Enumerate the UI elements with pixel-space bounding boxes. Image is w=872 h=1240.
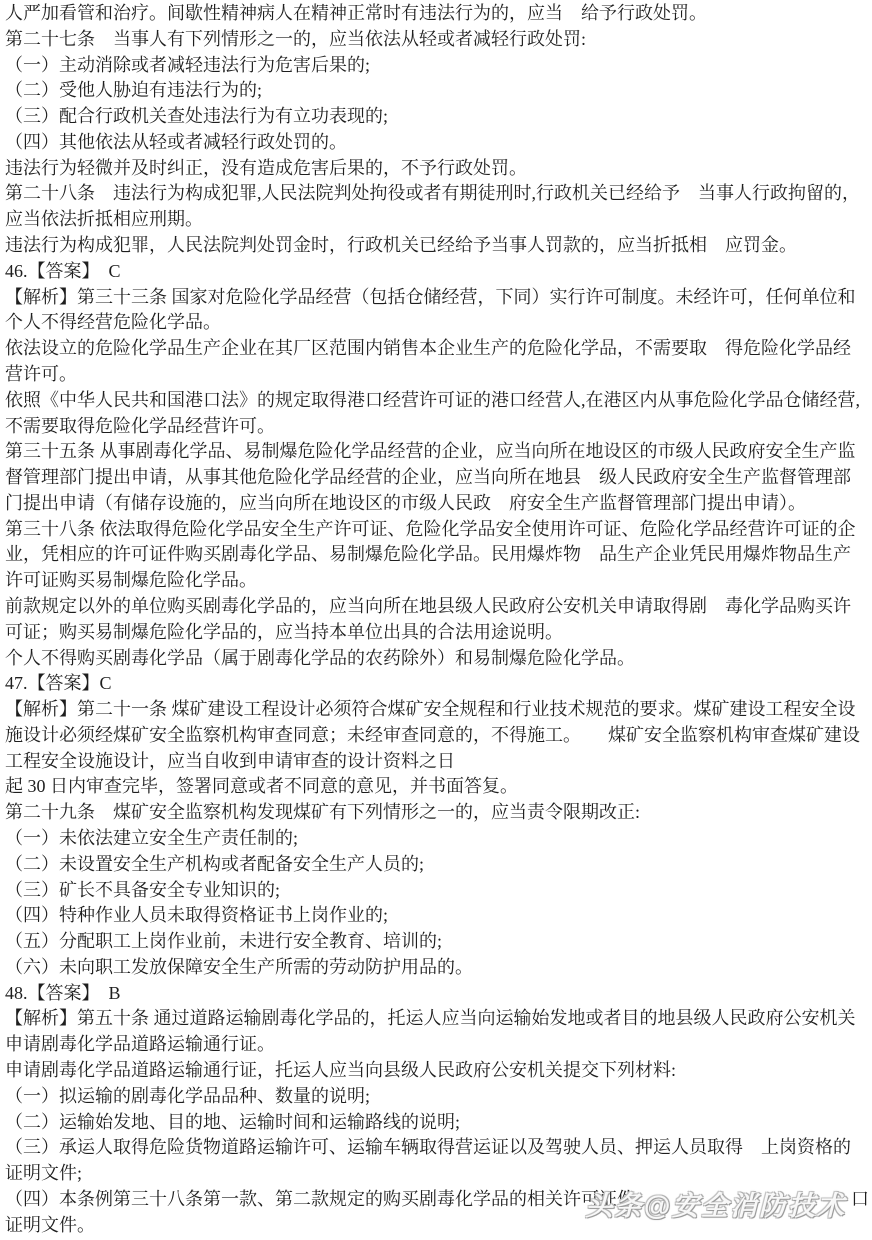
text-line: 施设计必须经煤矿安全监察机构审查同意；未经审查同意的，不得施工。 煤矿安全监察机… (5, 723, 869, 749)
text-line: 督管理部门提出申请，从事其他危险化学品经营的企业，应当向所在地县 级人民政府安全… (5, 465, 869, 491)
text-line: （四）其他依法从轻或者减轻行政处罚的。 (5, 130, 869, 156)
text-line: 营许可。 (5, 362, 869, 388)
text-line: （五）分配职工上岗作业前，未进行安全教育、培训的; (5, 929, 869, 955)
text-line: （三）矿长不具备安全专业知识的; (5, 878, 869, 904)
text-line: 不需要取得危险化学品经营许可。 (5, 414, 869, 440)
text-line: （六）未向职工发放保障安全生产所需的劳动防护用品的。 (5, 955, 869, 981)
text-line: 违法行为轻微并及时纠正，没有造成危害后果的，不予行政处罚。 (5, 156, 869, 182)
text-line: 依照《中华人民共和国港口法》的规定取得港口经营许可证的港口经营人,在港区内从事危… (5, 388, 869, 414)
text-line: 可证；购买易制爆危险化学品的，应当持本单位出具的合法用途说明。 (5, 620, 869, 646)
text-line: （三）承运人取得危险货物道路运输许可、运输车辆取得营运证以及驾驶人员、押运人员取… (5, 1135, 869, 1161)
text-line: 第二十九条 煤矿安全监察机构发现煤矿有下列情形之一的，应当责令限期改正: (5, 800, 869, 826)
text-line: （一）拟运输的剧毒化学品品种、数量的说明; (5, 1084, 869, 1110)
watermark: 头条@安全消防技术 (586, 1184, 846, 1223)
text-line: 违法行为构成犯罪，人民法院判处罚金时，行政机关已经给予当事人罚款的，应当折抵相 … (5, 233, 869, 259)
text-line-suffix: 口 (851, 1187, 869, 1213)
text-line: 48.【答案】 B (5, 981, 869, 1007)
text-line: 前款规定以外的单位购买剧毒化学品的，应当向所在地县级人民政府公安机关申请取得剧 … (5, 594, 869, 620)
text-line: 【解析】第五十条 通过道路运输剧毒化学品的，托运人应当向运输始发地或者目的地县级… (5, 1006, 869, 1032)
text-line-prefix: （四）本条例第三十八条第一款、第二款规定的购买剧毒化学品的相关许可证件， (5, 1187, 653, 1213)
text-line: （一）主动消除或者减轻违法行为危害后果的; (5, 53, 869, 79)
text-line: 门提出申请（有储存设施的，应当向所在地设区的市级人民政 府安全生产监督管理部门提… (5, 491, 869, 517)
text-line: 第三十五条 从事剧毒化学品、易制爆危险化学品经营的企业，应当向所在地设区的市级人… (5, 439, 869, 465)
text-line: 第二十八条 违法行为构成犯罪,人民法院判处拘役或者有期徒刑时,行政机关已经给予 … (5, 181, 869, 207)
text-line: （一）未依法建立安全生产责任制的; (5, 826, 869, 852)
text-line: 第三十八条 依法取得危险化学品安全生产许可证、危险化学品安全使用许可证、危险化学… (5, 517, 869, 543)
text-line: 个人不得购买剧毒化学品（属于剧毒化学品的农药除外）和易制爆危险化学品。 (5, 646, 869, 672)
text-line: 许可证购买易制爆危险化学品。 (5, 568, 869, 594)
text-line: （二）未设置安全生产机构或者配备安全生产人员的; (5, 852, 869, 878)
text-line: 【解析】第二十一条 煤矿建设工程设计必须符合煤矿安全规程和行业技术规范的要求。煤… (5, 697, 869, 723)
text-line: 申请剧毒化学品道路运输通行证。 (5, 1032, 869, 1058)
text-line: 第二十七条 当事人有下列情形之一的，应当依法从轻或者减轻行政处罚: (5, 27, 869, 53)
text-line: 46.【答案】 C (5, 259, 869, 285)
text-line: 业，凭相应的许可证件购买剧毒化学品、易制爆危险化学品。民用爆炸物 品生产企业凭民… (5, 542, 869, 568)
text-line: （三）配合行政机关查处违法行为有立功表现的; (5, 104, 869, 130)
document-page: 人严加看管和治疗。间歇性精神病人在精神正常时有违法行为的，应当 给予行政处罚。第… (0, 0, 872, 1240)
text-line: 应当依法折抵相应刑期。 (5, 207, 869, 233)
text-line: 工程安全设施设计，应当自收到申请审查的设计资料之日 (5, 749, 869, 775)
text-line: 47.【答案】C (5, 671, 869, 697)
text-line: （四）特种作业人员未取得资格证书上岗作业的; (5, 903, 869, 929)
text-line: （二）受他人胁迫有违法行为的; (5, 78, 869, 104)
text-line: 【解析】第三十三条 国家对危险化学品经营（包括仓储经营，下同）实行许可制度。未经… (5, 285, 869, 311)
document-text: 人严加看管和治疗。间歇性精神病人在精神正常时有违法行为的，应当 给予行政处罚。第… (5, 1, 869, 1239)
text-line: （二）运输始发地、目的地、运输时间和运输路线的说明; (5, 1110, 869, 1136)
text-line: 起 30 日内审查完毕，签署同意或者不同意的意见，并书面答复。 (5, 774, 869, 800)
text-line: 依法设立的危险化学品生产企业在其厂区范围内销售本企业生产的危险化学品，不需要取 … (5, 336, 869, 362)
text-line: 申请剧毒化学品道路运输通行证，托运人应当向县级人民政府公安机关提交下列材料: (5, 1058, 869, 1084)
text-line: 人严加看管和治疗。间歇性精神病人在精神正常时有违法行为的，应当 给予行政处罚。 (5, 1, 869, 27)
text-line: 个人不得经营危险化学品。 (5, 310, 869, 336)
